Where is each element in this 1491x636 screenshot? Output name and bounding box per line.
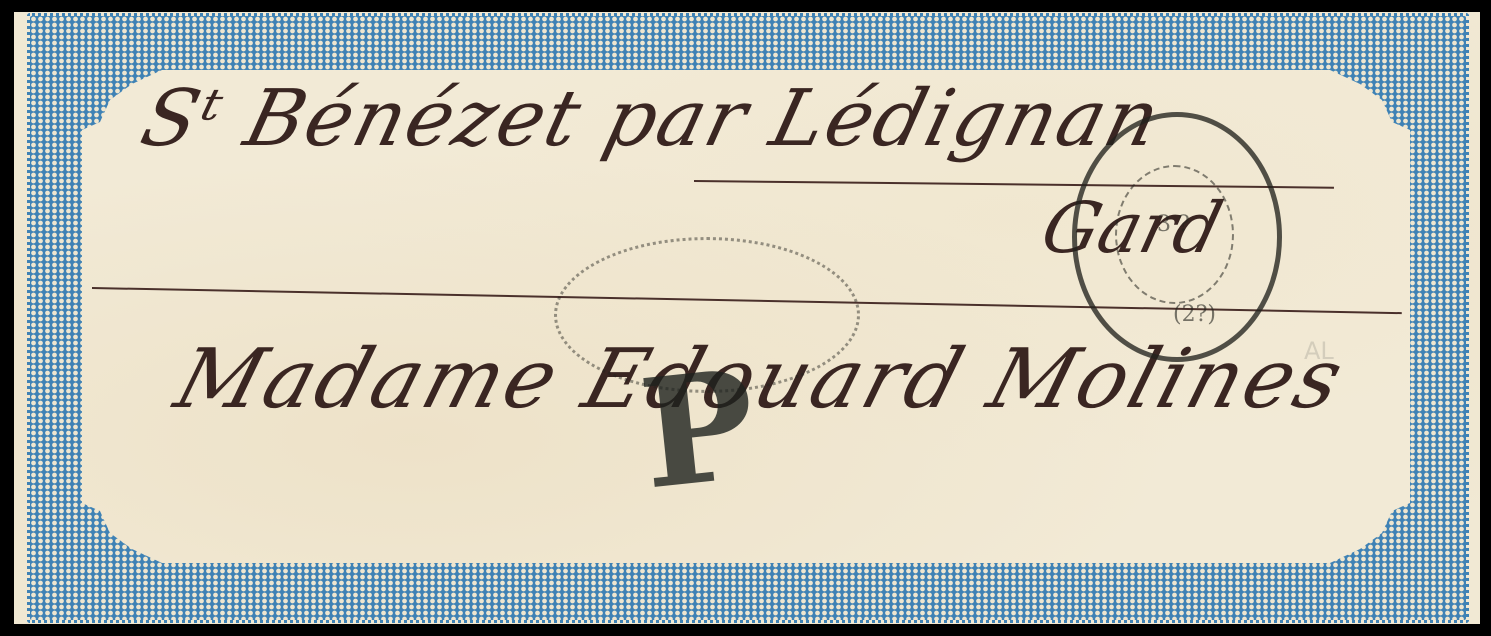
p-marking: P (633, 337, 764, 524)
faint-handstamp: AL (1304, 337, 1334, 365)
date-stamp-postmark: 3 ? (2?) (1072, 112, 1282, 362)
date-stamp-day: 3 ? (1157, 212, 1190, 237)
date-stamp-bottom: (2?) (1173, 302, 1216, 327)
address-line-1: Sᵗ Bénézet par Lédignan (133, 74, 1170, 164)
envelope: Sᵗ Bénézet par Lédignan Gard Madame Edou… (14, 12, 1480, 624)
